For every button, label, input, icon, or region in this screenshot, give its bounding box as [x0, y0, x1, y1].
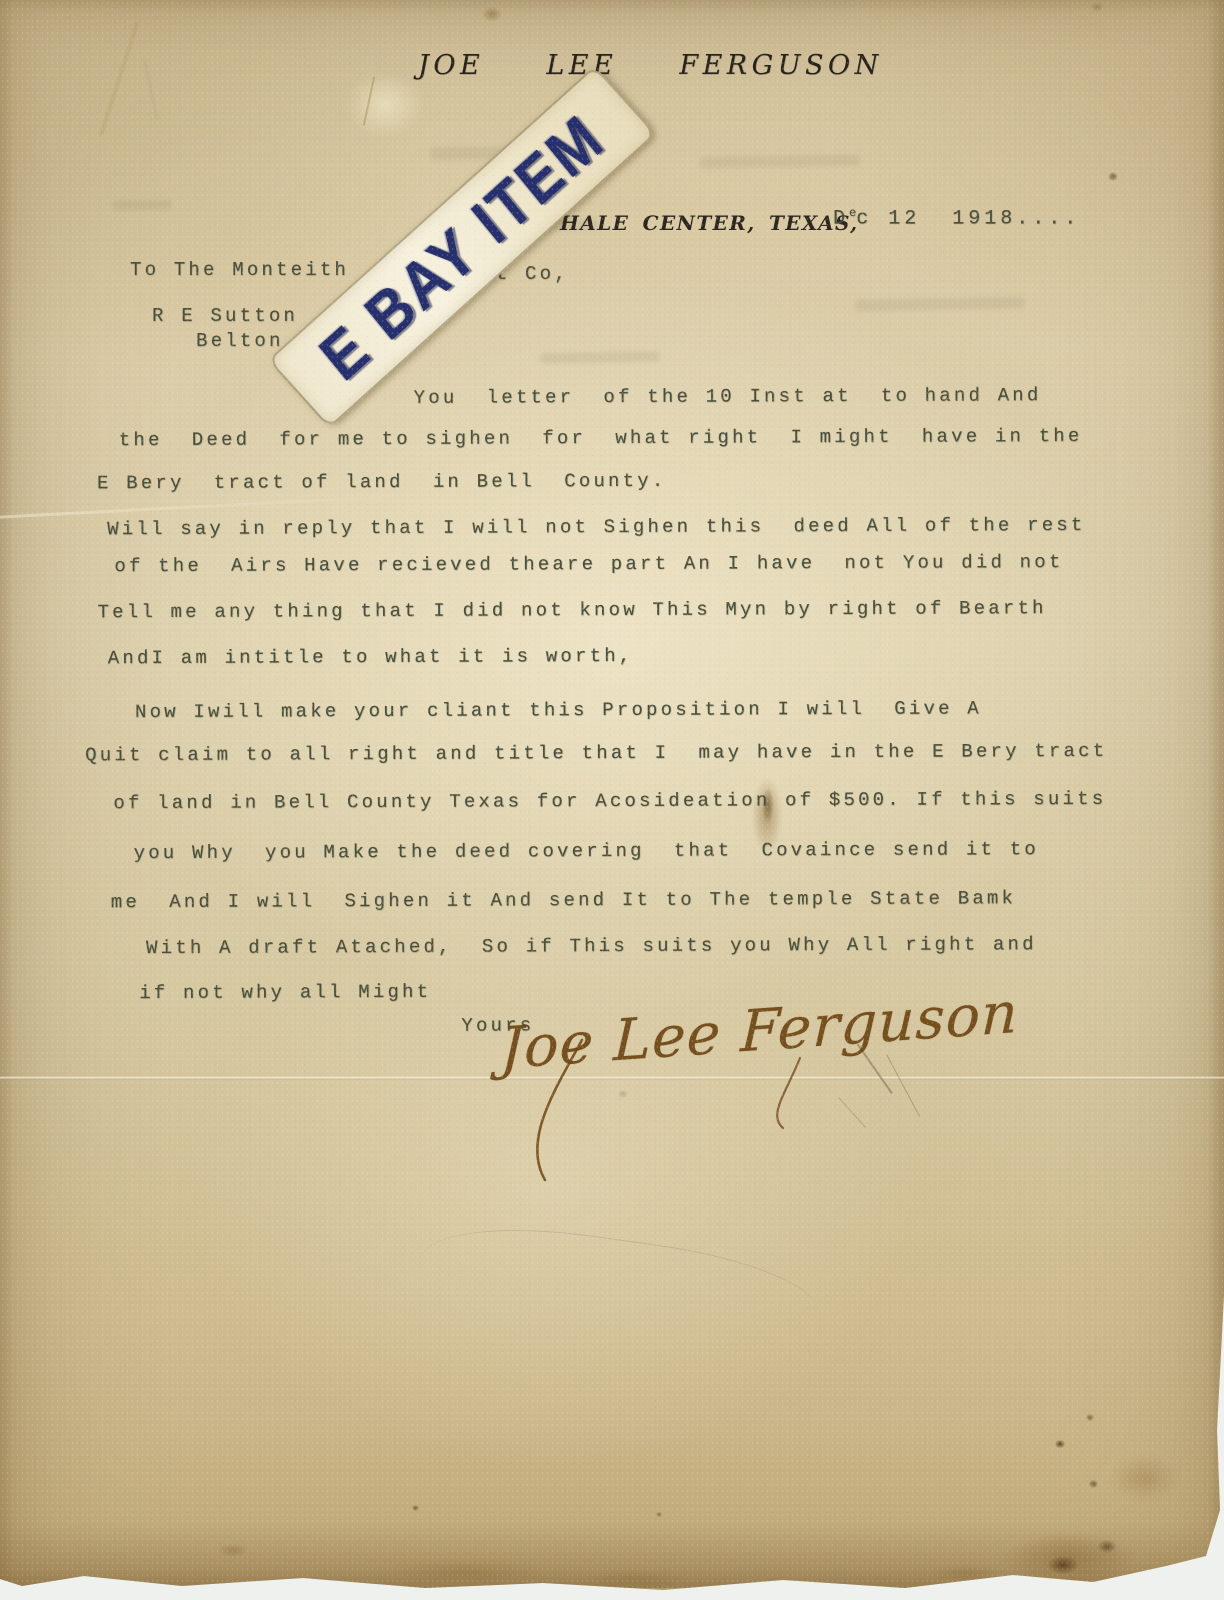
paper-sheet: JOE LEE FERGUSON HALE CENTER, TEXAS, Dec…: [0, 0, 1224, 1600]
paper-edge-shading: [0, 1522, 1224, 1588]
paper-edge-shading: [0, 0, 14, 1600]
dateline-place: HALE CENTER, TEXAS,: [560, 211, 859, 235]
signature-flourish: [500, 1000, 1000, 1195]
tear-line: [363, 76, 375, 125]
letter-body-line: AndI am intitle to what it is worth,: [108, 645, 634, 669]
letter-body-line: me And I will Sighen it And send It to T…: [111, 887, 1016, 913]
stain: [482, 6, 502, 22]
stain: [762, 788, 774, 822]
stain: [656, 1512, 662, 1517]
crease-line: [144, 60, 158, 119]
stain: [930, 1565, 1000, 1582]
letterhead-name: JOE LEE FERGUSON: [418, 50, 883, 81]
stain: [1048, 1556, 1078, 1574]
stain: [1005, 1532, 1135, 1584]
crease-line: [0, 494, 412, 519]
letter-body-line: of the Airs Have recieved theare part An…: [114, 551, 1063, 577]
sticker-torn-tip: [319, 392, 345, 417]
letter-body: You letter of the 10 Inst at to hand And…: [0, 0, 1224, 1600]
pencil-mark: [618, 1090, 628, 1098]
crease-line: [100, 21, 139, 136]
signature: Joe Lee Ferguson: [499, 980, 1019, 1083]
ghost-text-smudge: [112, 199, 172, 210]
letter-body-line: the Deed for me to sighen for what right…: [119, 425, 1083, 451]
paper-edge-shading: [0, 0, 1224, 12]
letter-body-line: Quit claim to all right and title that I…: [85, 740, 1107, 766]
ghost-text-smudge: [855, 297, 1025, 312]
ghost-text-smudge: [700, 155, 860, 169]
recipient-line-1: To The Monteith: [130, 259, 349, 281]
stain: [585, 1570, 685, 1590]
letter-body-line: E Bery tract of land in Bell County.: [97, 470, 667, 494]
stain: [752, 778, 782, 853]
stain: [412, 1505, 419, 1511]
date-prefix: D: [833, 208, 849, 231]
stain: [1110, 1455, 1180, 1501]
letter-body-line: Tell me any thing that I did not know Th…: [97, 597, 1046, 623]
pencil-mark: [416, 1213, 825, 1358]
pencil-mark: [857, 1044, 893, 1094]
letter-body-line: Will say in reply that I will not Sighen…: [107, 514, 1085, 540]
letter-body-line: You letter of the 10 Inst at to hand And: [414, 384, 1042, 409]
recipient-line-1-continued: ract Co,: [452, 263, 569, 285]
pencil-mark: [886, 1054, 920, 1116]
stain: [218, 1544, 248, 1557]
recipient-line-2: R E Sutton: [152, 305, 298, 327]
letter-body-line: if not why all Might: [139, 981, 431, 1004]
letter-body-line: Now Iwill make your cliant this Proposit…: [135, 697, 982, 723]
sticker-label: E BAY ITEM: [306, 99, 618, 395]
fold-line: [0, 1076, 1224, 1080]
pencil-mark: [838, 1097, 866, 1128]
stain: [1089, 1480, 1098, 1488]
valediction: Yours: [461, 1014, 534, 1036]
tear-patch: [345, 72, 425, 138]
date-superscript: e: [849, 206, 856, 220]
recipient-line-3: Belton: [196, 330, 284, 352]
ghost-text-smudge: [430, 145, 600, 161]
stain: [1098, 1540, 1116, 1553]
ebay-item-sticker: E BAY ITEM: [268, 66, 657, 429]
ghost-text-smudge: [468, 219, 598, 232]
letter-body-line: you Why you Make the deed covering that …: [134, 838, 1039, 864]
stain: [1055, 1440, 1065, 1448]
scanned-letter-page: JOE LEE FERGUSON HALE CENTER, TEXAS, Dec…: [0, 0, 1224, 1600]
stain: [1108, 172, 1118, 181]
letter-body-line: of land in Bell County Texas for Acoside…: [113, 788, 1106, 814]
letter-body-line: With A draft Atached, So if This suits y…: [146, 933, 1037, 959]
stain: [385, 1560, 545, 1584]
stain: [1090, 2, 1104, 12]
ghost-text-smudge: [540, 351, 660, 364]
dateline-date: Dec 12 1918....: [833, 206, 1080, 231]
date-suffix: c 12 1918....: [856, 208, 1080, 231]
stain: [1086, 1414, 1094, 1421]
recipient-line-3-continued: as: [372, 334, 401, 356]
paper-edge-shading: [1208, 0, 1224, 1600]
